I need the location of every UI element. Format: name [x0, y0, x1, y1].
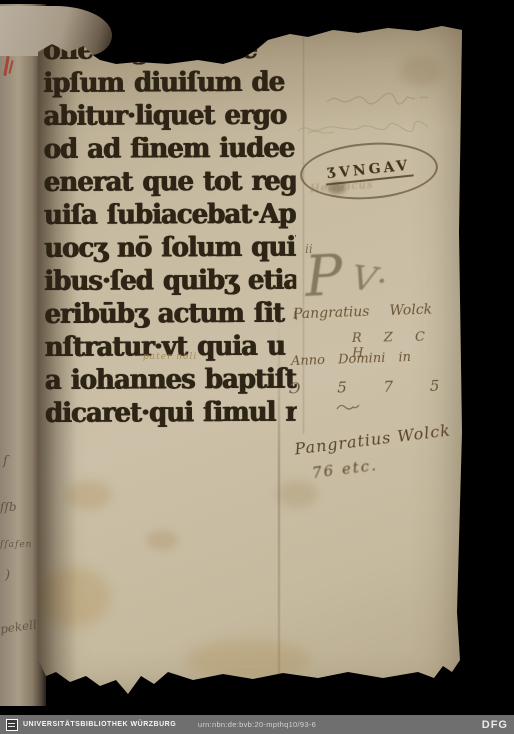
text-line: dicaret·qui ſimul rex [45, 397, 297, 430]
text-line: ipſum diuiſum de [43, 67, 284, 99]
owner-inscription-2-line1: Pangratius Wolck [293, 420, 451, 458]
text-line: a iohannes baptiſta [45, 364, 297, 397]
manuscript-photo: ſ ſſb ſſafen ) pekell ōne regnū in ſe ip… [0, 0, 514, 715]
text-line: abitur·liquet ergo [43, 100, 286, 132]
parchment-stain [400, 56, 442, 86]
text-line: od ad finem iudee [43, 133, 294, 166]
monogram-letter-v: V· [350, 258, 390, 302]
parchment-stain [276, 480, 318, 508]
facing-page-mark: ſſb [0, 500, 17, 514]
urn-identifier: urn:nbn:de:bvb:20-mpthq10/93-6 [173, 720, 340, 729]
red-ink-mark [4, 56, 14, 80]
owner-first-name: Pangratius [293, 304, 370, 323]
owner-inscription-name: PangratiusWolck [293, 302, 433, 323]
owner-surname: Wolck [389, 302, 432, 319]
library-logo-icon [6, 719, 18, 731]
pen-flourish [335, 402, 361, 414]
interlinear-gloss: pater noli [143, 352, 197, 362]
facing-page-mark: ſ [3, 454, 8, 469]
facing-page-mark: pekell [0, 618, 38, 637]
gutter-shadow [38, 12, 78, 704]
anno-domini-line: Anno Domini in [291, 350, 411, 369]
parchment-stain [146, 530, 178, 550]
parchment-page: ōne regnū in ſe ipſum diuiſum de abitur·… [38, 12, 462, 704]
year-line: Ɔ 5 7 5 [289, 377, 456, 398]
footer-left: UNIVERSITÄTSBIBLIOTHEK WÜRZBURG [6, 719, 173, 731]
text-line: uiſa ſubiacebat·Ap [44, 199, 296, 232]
text-line: enerat que tot reguʒ [44, 166, 297, 199]
library-name: UNIVERSITÄTSBIBLIOTHEK WÜRZBURG [23, 721, 176, 728]
monogram-letter-p: P [303, 243, 344, 310]
text-line: uocʒ nō ſolum quibʒ [44, 232, 297, 265]
text-line: eribūbʒ actum ſit de [44, 298, 297, 331]
parchment-stain [186, 640, 310, 680]
owner-inscription-2-line2: 76 etc. [311, 456, 379, 482]
dfg-logo: DFG [341, 719, 508, 731]
faded-margin-note [296, 120, 456, 138]
facing-page-mark: ſſafen [0, 540, 32, 550]
digitization-footer: UNIVERSITÄTSBIBLIOTHEK WÜRZBURG urn:nbn:… [0, 715, 514, 734]
ruling-line [303, 34, 304, 434]
faded-margin-note [325, 92, 435, 108]
gothic-text-block: ōne regnū in ſe ipſum diuiſum de abitur·… [43, 11, 297, 452]
text-line: ibus·ſed quibʒ etiam [44, 265, 297, 298]
facing-page-mark: ) [5, 568, 10, 583]
